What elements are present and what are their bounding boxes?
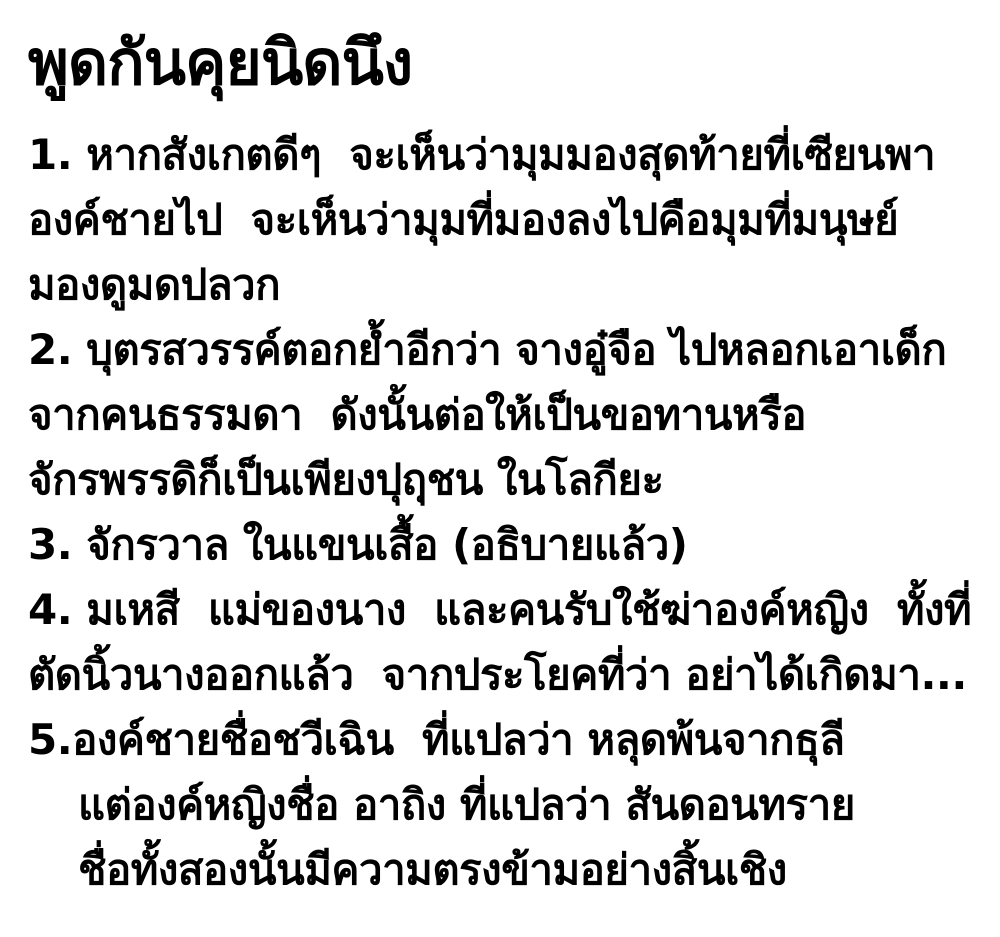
body-line-2: องค์ชายไป จะเห็นว่ามุมที่มองลงไปคือมุมที… (28, 187, 990, 252)
body-line-8: 4. มเหสี แม่ของนาง และคนรับใช้ฆ่าองค์หญิ… (28, 577, 990, 642)
body-line-9: ตัดนิ้วนางออกแล้ว จากประโยคที่ว่า อย่าได… (28, 642, 990, 707)
body-line-1: 1. หากสังเกตดีๆ จะเห็นว่ามุมมองสุดท้ายที… (28, 122, 990, 187)
body-line-3: มองดูมดปลวก (28, 252, 990, 317)
document-body: 1. หากสังเกตดีๆ จะเห็นว่ามุมมองสุดท้ายที… (28, 122, 990, 902)
body-line-5: จากคนธรรมดา ดังนั้นต่อให้เป็นขอทานหรือ (28, 382, 990, 447)
body-line-10: 5.องค์ชายชื่อชวีเฉิน ที่แปลว่า หลุดพ้นจา… (28, 707, 990, 772)
body-line-7: 3. จักรวาล ในแขนเสื้อ (อธิบายแล้ว) (28, 512, 990, 577)
body-line-12: ชื่อทั้งสองนั้นมีความตรงข้ามอย่างสิ้นเชิ… (28, 837, 990, 902)
page-title: พูดกันคุยนิดนึง (28, 18, 990, 108)
body-line-6: จักรพรรดิก็เป็นเพียงปุฤุชน ในโลกียะ (28, 447, 990, 512)
body-line-4: 2. บุตรสวรรค์ตอกย้ำอีกว่า จางอู๋จือ ไปหล… (28, 317, 990, 382)
document-page: พูดกันคุยนิดนึง 1. หากสังเกตดีๆ จะเห็นว่… (0, 0, 1000, 937)
body-line-11: แต่องค์หญิงชื่อ อาถิง ที่แปลว่า สันดอนทร… (28, 772, 990, 837)
